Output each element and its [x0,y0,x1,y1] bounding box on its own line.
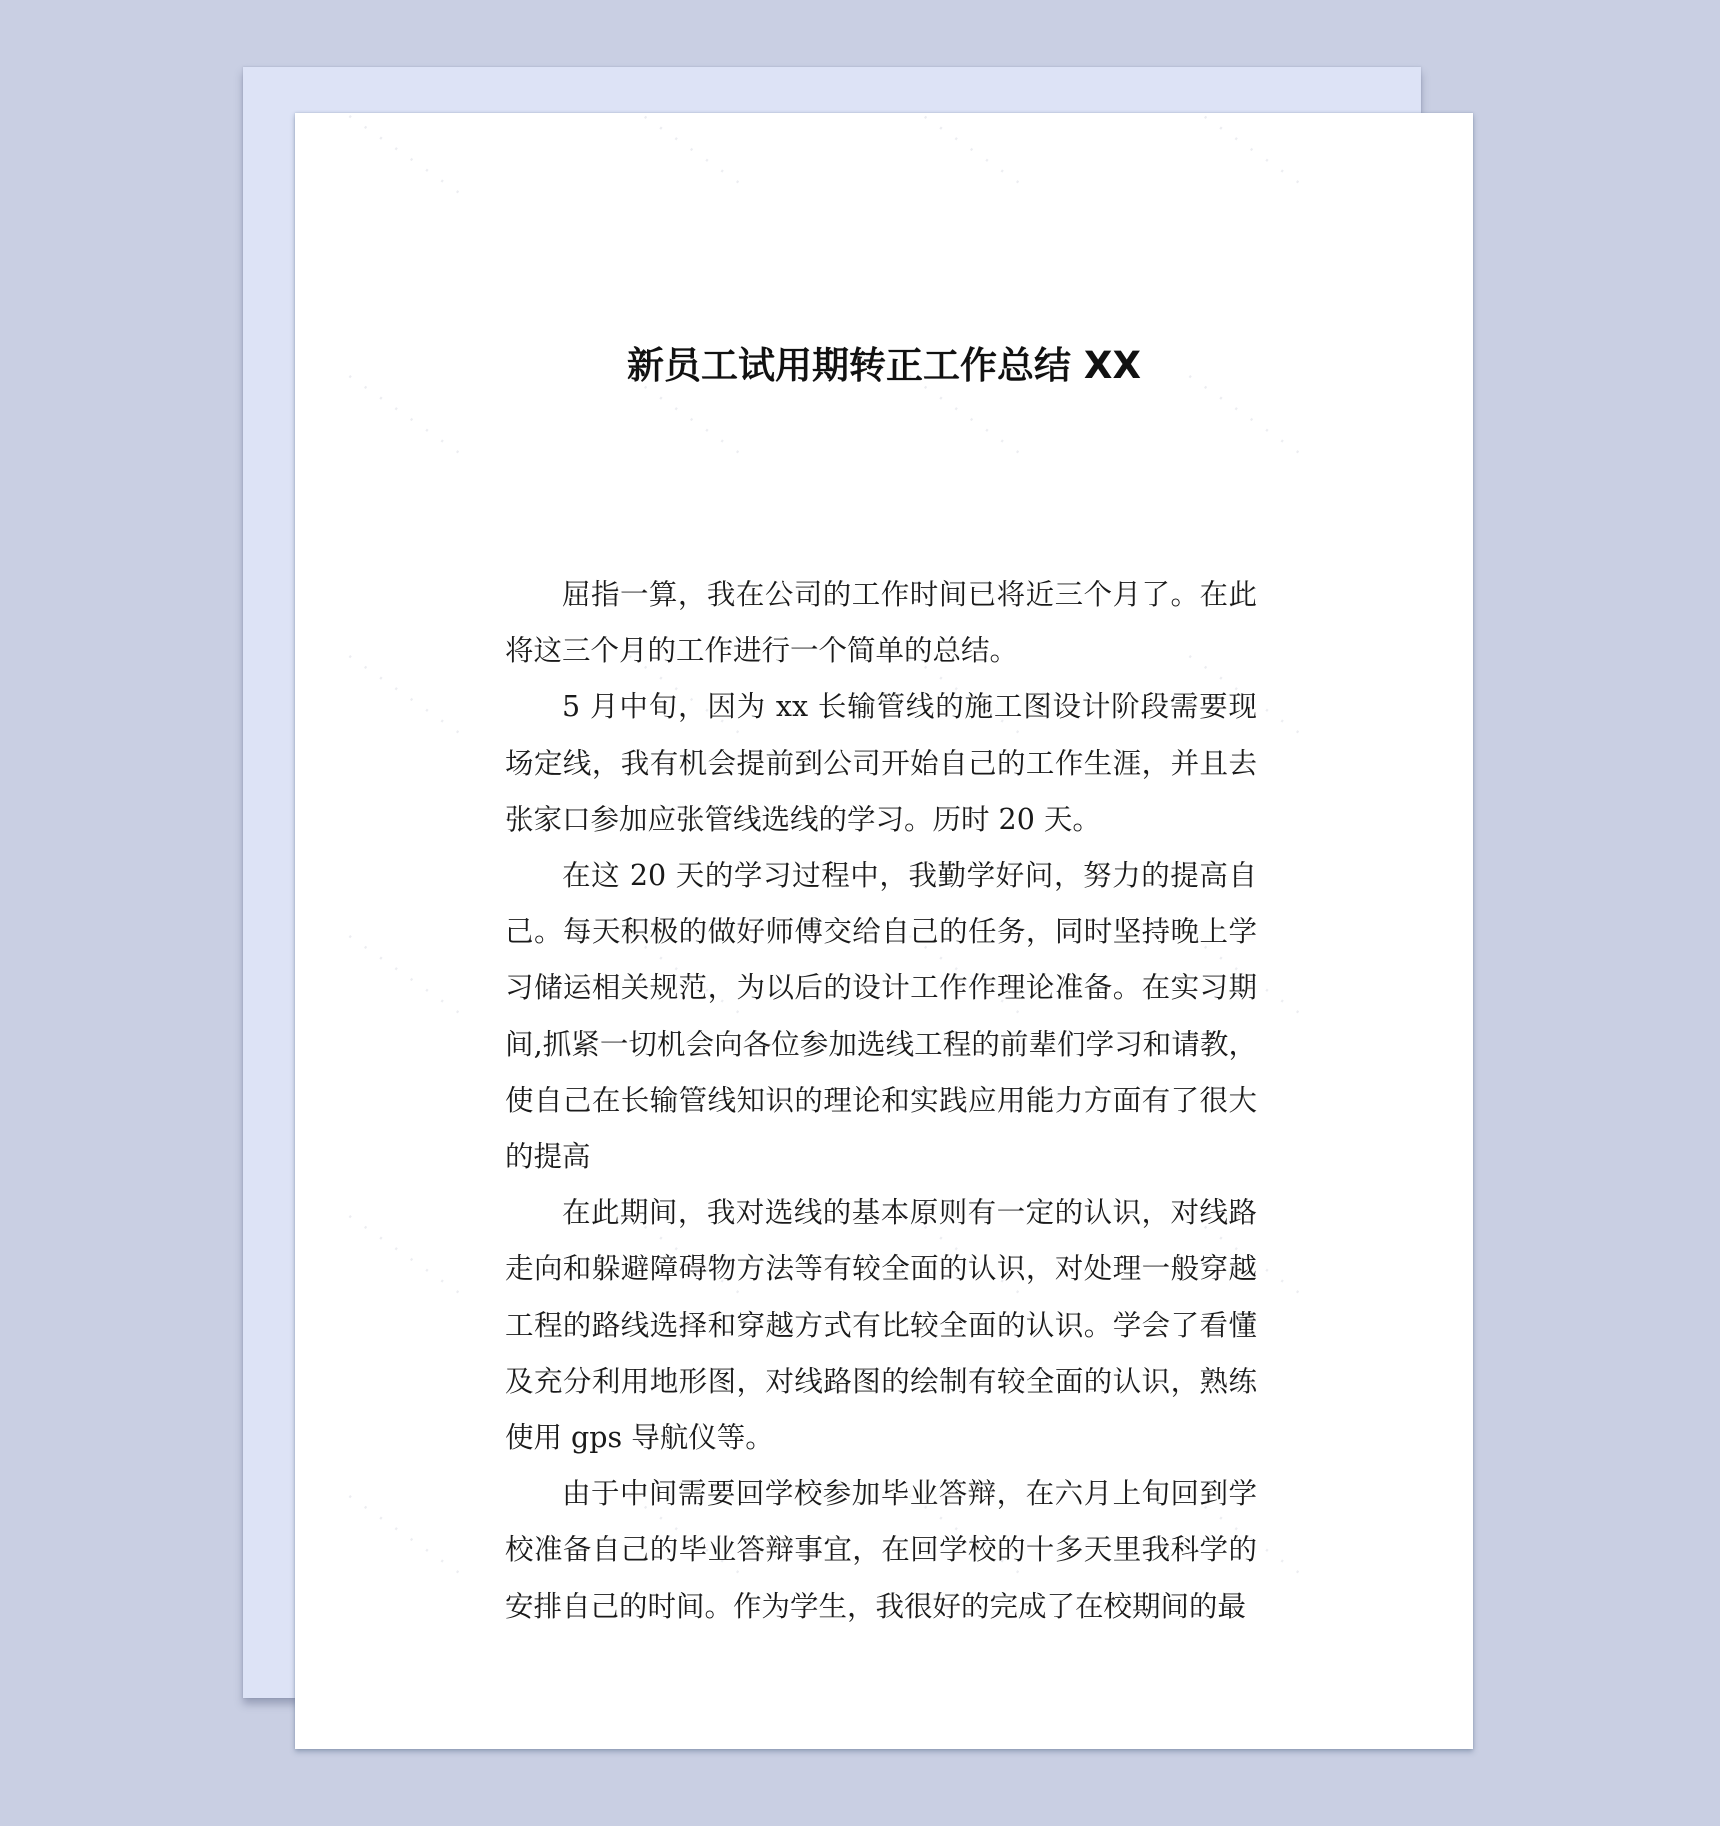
watermark-mark: · · · · · · · · [341,1485,470,1585]
paragraph: 由于中间需要回学校参加毕业答辩，在六月上旬回到学校准备自己的毕业答辩事宜，在回学… [505,1466,1257,1635]
paragraph: 屈指一算，我在公司的工作时间已将近三个月了。在此将这三个月的工作进行一个简单的总… [505,567,1257,679]
watermark-mark: · · · · · · · · [341,925,470,1025]
watermark-mark: · · · · · · · · [621,113,750,195]
watermark-mark: · · · · · · · · [1181,113,1310,195]
document-body: 屈指一算，我在公司的工作时间已将近三个月了。在此将这三个月的工作进行一个简单的总… [505,567,1257,1635]
document-page: · · · · · · · · · · · · · · · · · · · · … [295,113,1473,1749]
watermark-mark: · · · · · · · · [901,113,1030,195]
paragraph: 在此期间，我对选线的基本原则有一定的认识，对线路走向和躲避障碍物方法等有较全面的… [505,1185,1257,1466]
paragraph: 在这 20 天的学习过程中，我勤学好问，努力的提高自己。每天积极的做好师傅交给自… [505,848,1257,1185]
watermark-mark: · · · · · · · · [341,1205,470,1305]
paragraph: 5 月中旬，因为 xx 长输管线的施工图设计阶段需要现场定线，我有机会提前到公司… [505,679,1257,848]
watermark-mark: · · · · · · · · [341,113,470,205]
document-title: 新员工试用期转正工作总结 XX [295,335,1473,389]
watermark-mark: · · · · · · · · [341,645,470,745]
